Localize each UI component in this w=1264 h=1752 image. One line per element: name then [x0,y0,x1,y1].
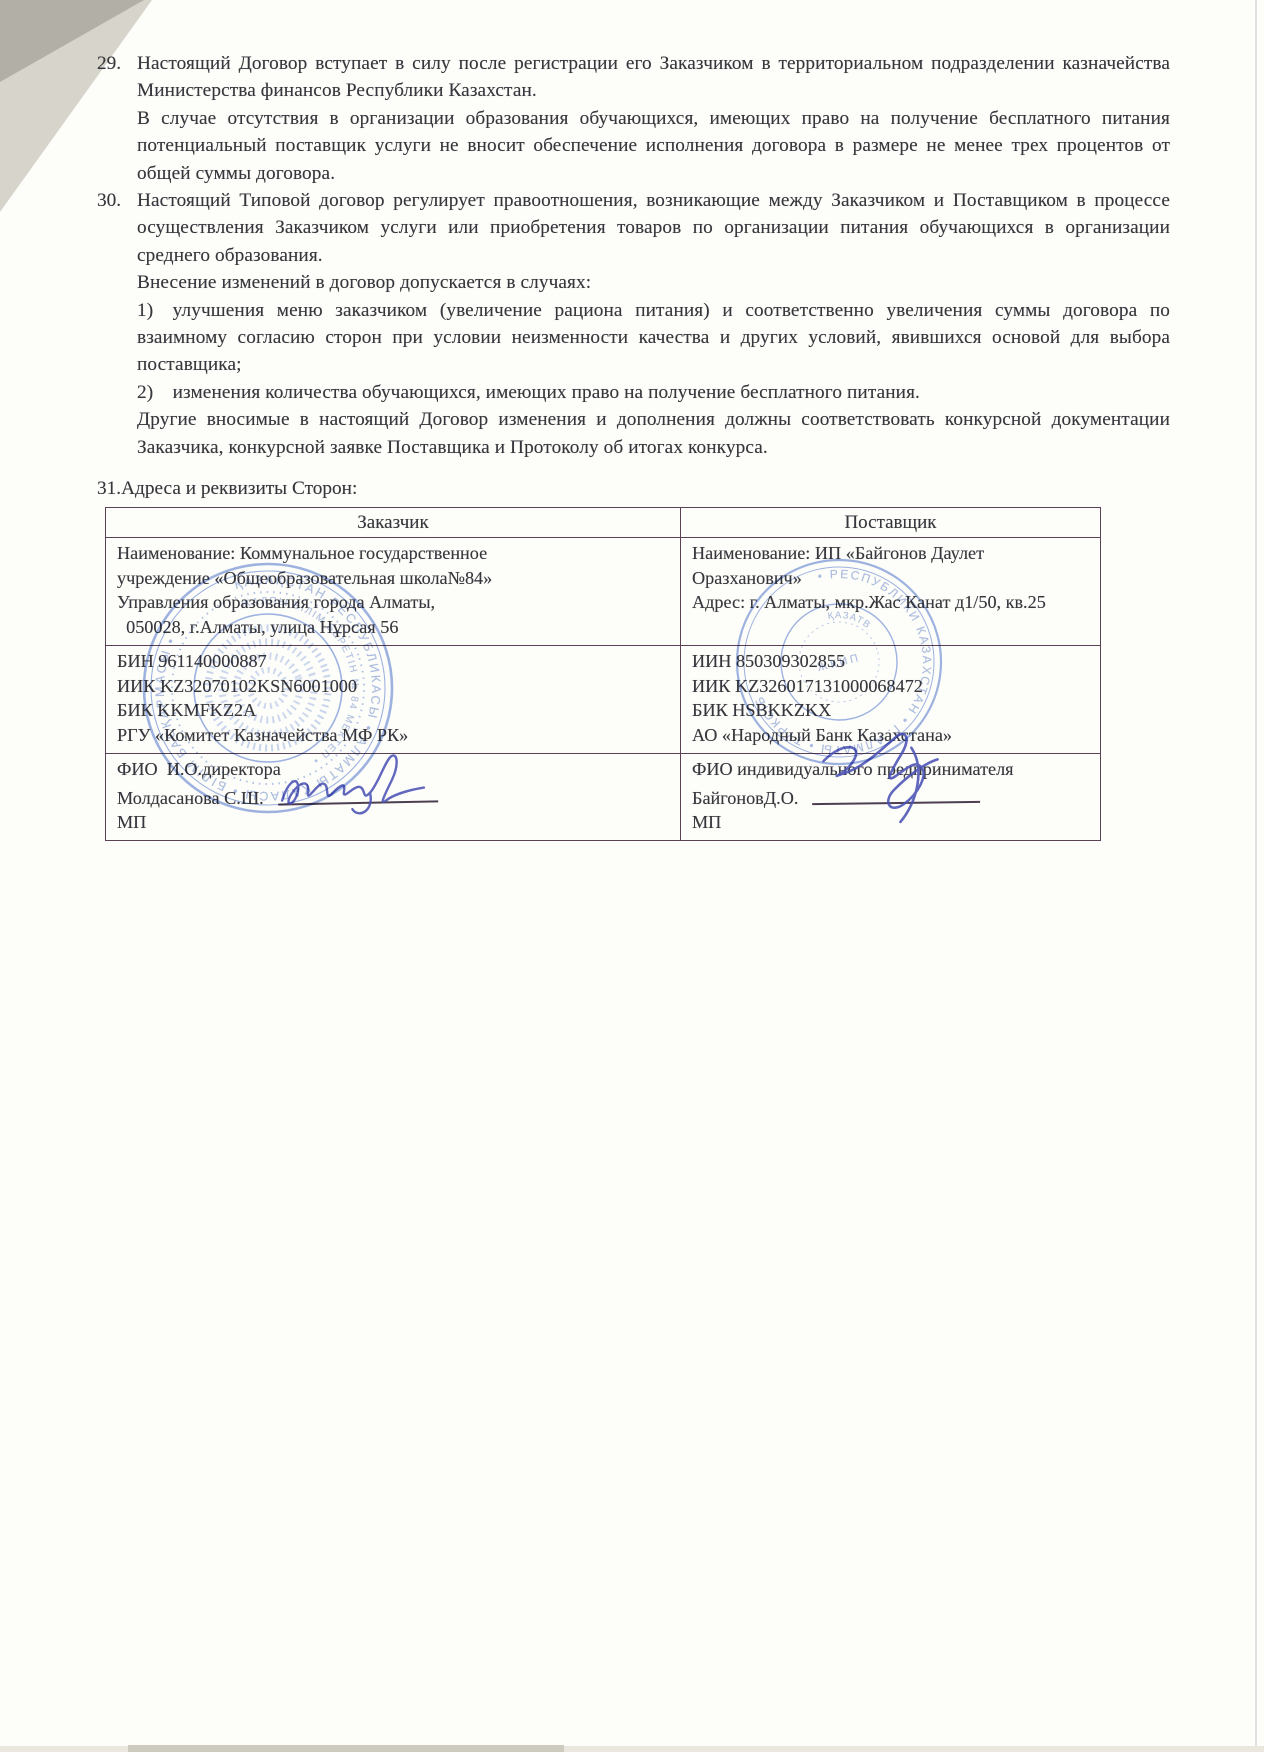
requisites-heading: Адреса и реквизиты Сторон: [121,478,357,499]
clause-31-heading: 31.Адреса и реквизиты Сторон: [97,475,1170,502]
supplier-signature-cell: ФИО индивидуального предпринимателя Байг… [681,754,1101,841]
clause-number: 31. [97,478,121,499]
clause-paragraph: В случае отсутствия в организации образо… [137,105,1170,187]
supplier-entrepreneur-name: БайгоновД.О. [692,788,798,808]
clause-paragraph: Другие вносимые в настоящий Договор изме… [137,406,1170,461]
clause-number: 30. [97,187,121,214]
clause-paragraph: Внесение изменений в договор допускается… [137,269,1170,296]
clause-paragraph: Настоящий Договор вступает в силу после … [137,50,1170,105]
clause-30: 30. Настоящий Типовой договор регулирует… [97,187,1170,461]
clause-number: 29. [97,50,121,77]
customer-column-header: Заказчик [106,508,681,538]
scan-edge-bottom-shadow [128,1745,564,1752]
supplier-signature-line [812,781,980,805]
scan-edge-right [1255,0,1257,1752]
scanned-contract-page: 29. Настоящий Договор вступает в силу по… [0,0,1264,1752]
clause-subitem-2: 2) изменения количества обучающихся, име… [137,379,1170,406]
supplier-seal-center-text: ЖКИП [816,652,862,674]
clause-29: 29. Настоящий Договор вступает в силу по… [97,50,1170,187]
clause-paragraph: Настоящий Типовой договор регулирует пра… [137,187,1170,269]
clause-subitem-1: 1) улучшения меню заказчиком (увеличение… [137,297,1170,379]
supplier-column-header: Поставщик [681,508,1101,538]
table-header-row: Заказчик Поставщик [106,508,1101,538]
